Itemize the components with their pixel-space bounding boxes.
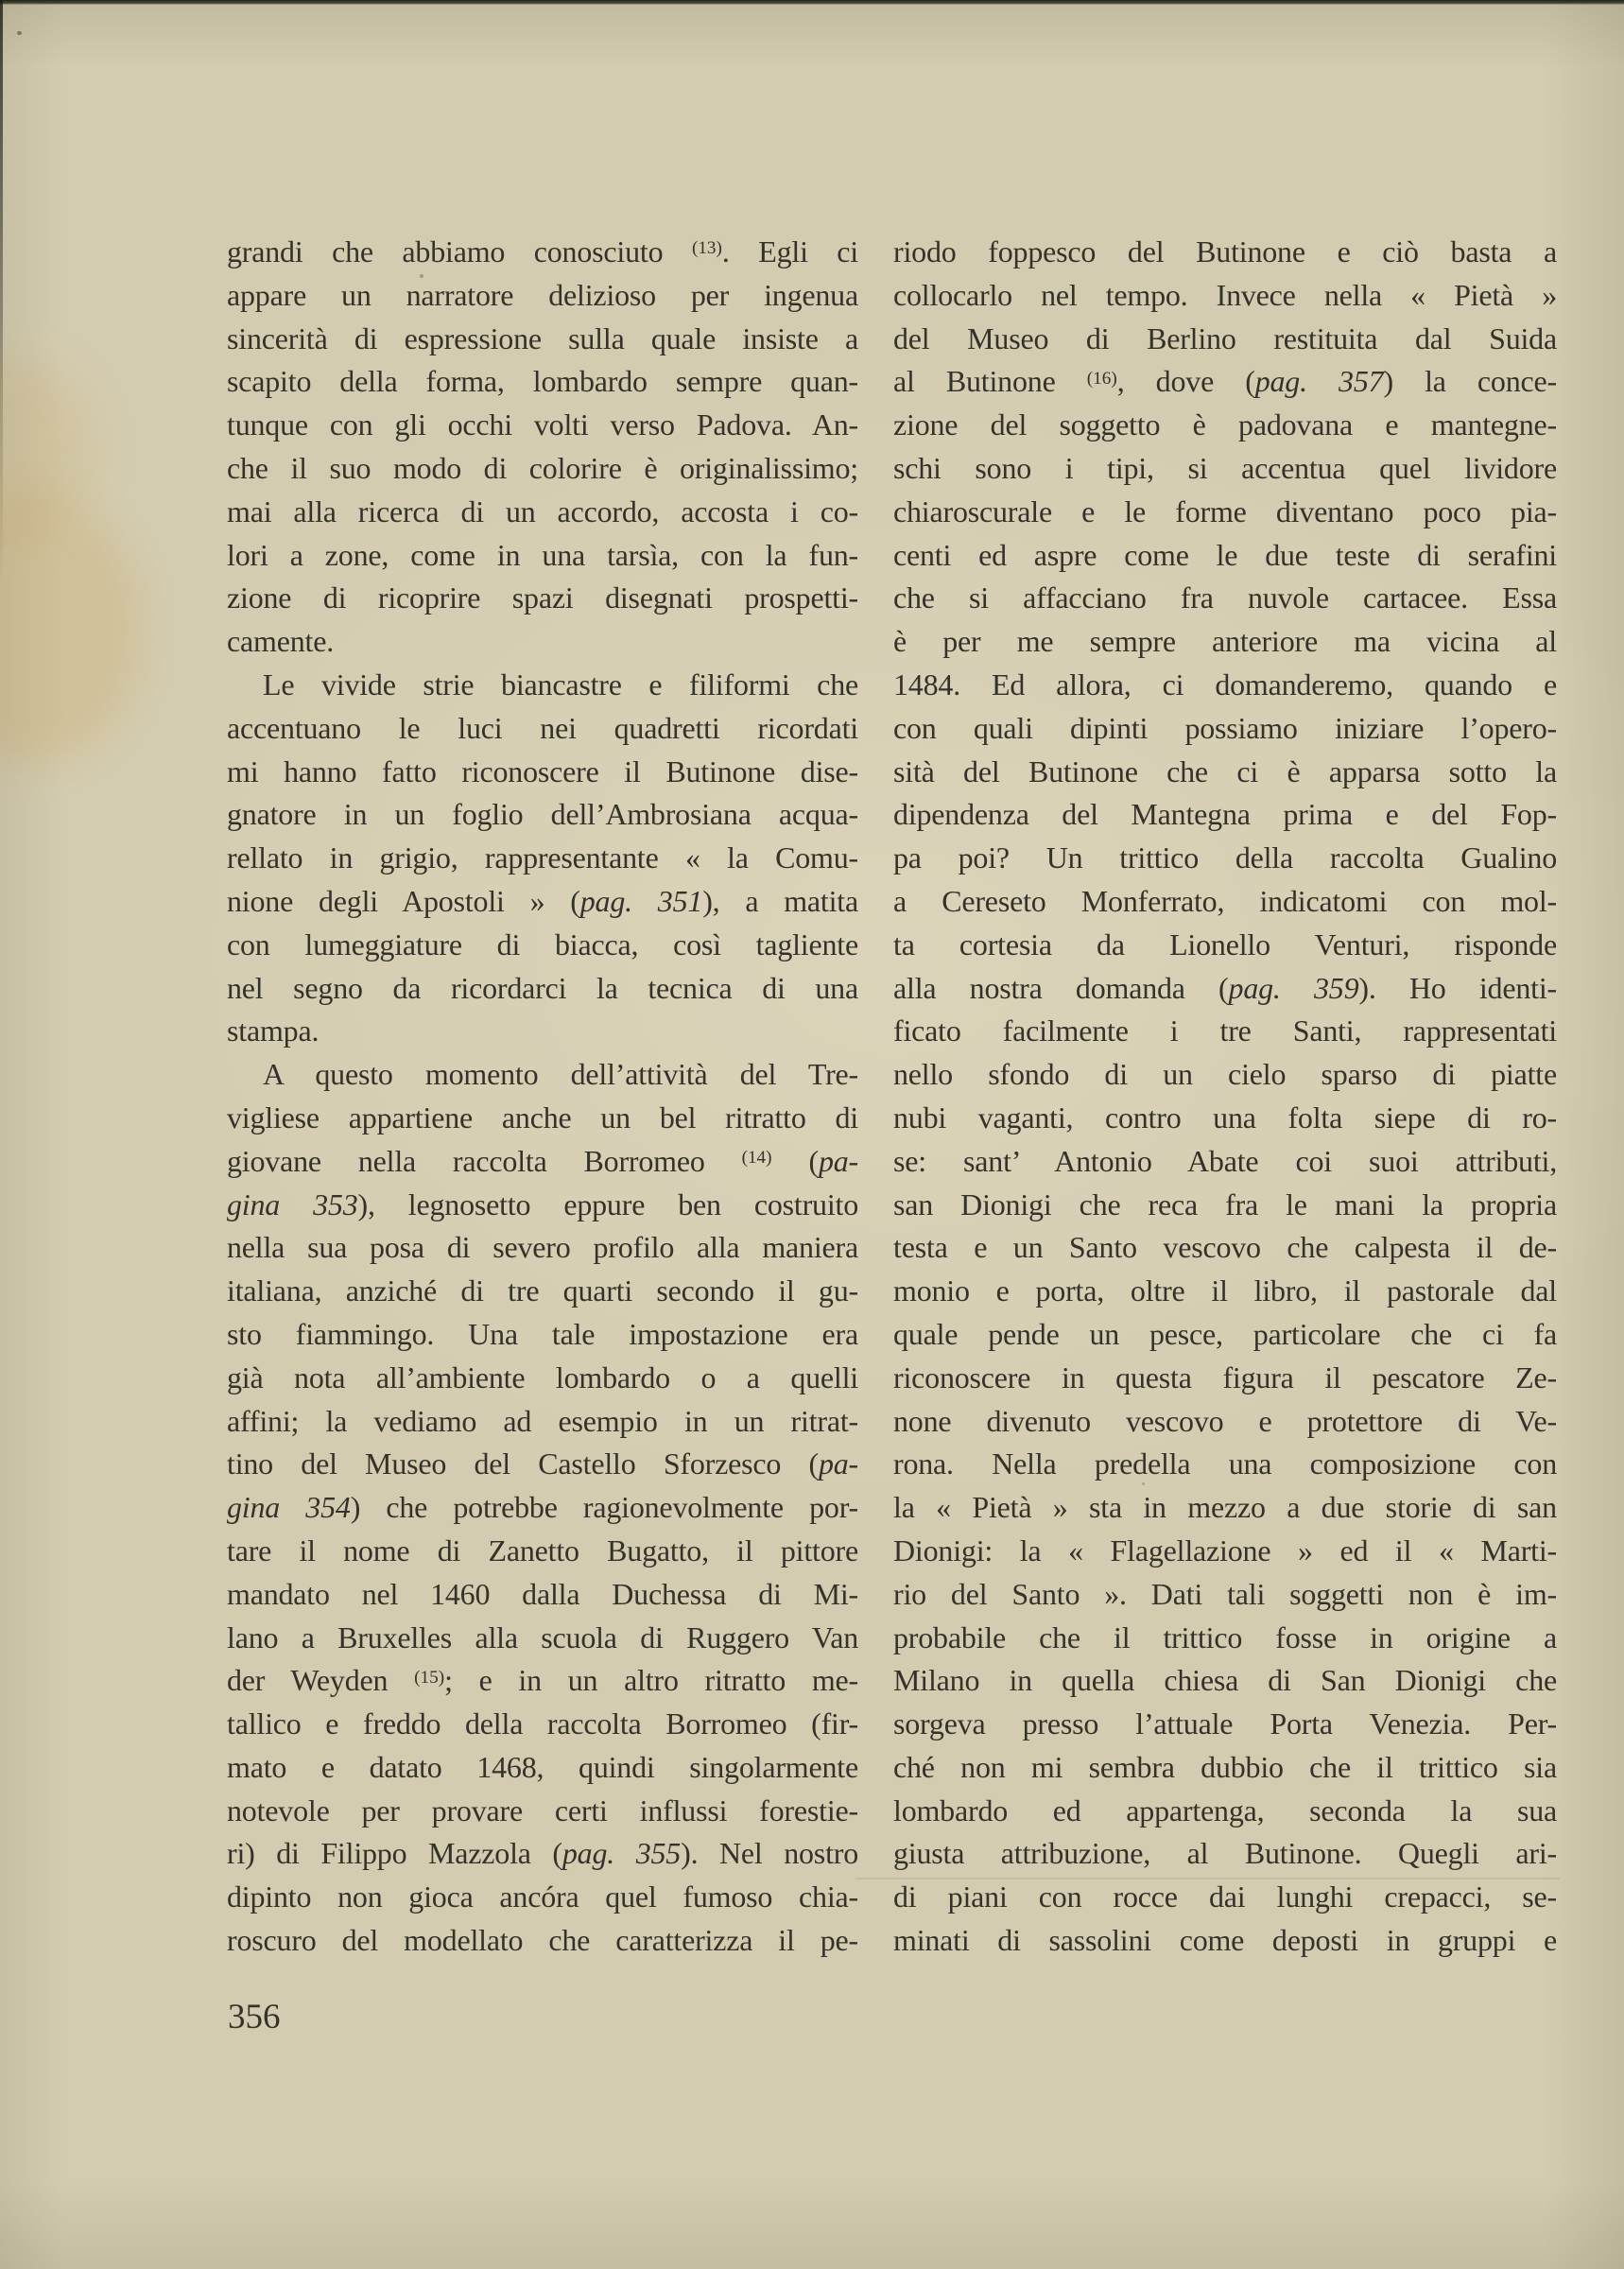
book-page: grandi che abbiamo conosciuto (13). Egli… — [0, 0, 1624, 2269]
italic-text: pag. 351 — [580, 884, 702, 918]
text-line: none divenuto vescovo e protettore di Ve… — [893, 1400, 1557, 1444]
text-line: con lumeggiature di biacca, così taglien… — [227, 924, 858, 967]
text-line: del Museo di Berlino restituita dal Suid… — [893, 318, 1557, 361]
text-line: 1484. Ed allora, ci domanderemo, quando … — [893, 664, 1557, 707]
footnote-ref: (13) — [692, 238, 722, 258]
text-line: che si affacciano fra nuvole cartacee. E… — [893, 577, 1557, 620]
text-line: gina 353), legnosetto eppure ben costrui… — [227, 1184, 858, 1227]
text-line: mai alla ricerca di un accordo, accosta … — [227, 491, 858, 534]
paper-stain — [0, 492, 142, 766]
text-line: giovane nella raccolta Borromeo (14) (pa… — [227, 1140, 858, 1184]
italic-text: pa- — [819, 1446, 858, 1481]
text-line: tunque con gli occhi volti verso Padova.… — [227, 404, 858, 447]
text-line: nubi vaganti, contro una folta siepe di … — [893, 1097, 1557, 1140]
text-line: grandi che abbiamo conosciuto (13). Egli… — [227, 231, 858, 274]
text-line: con quali dipinti possiamo iniziare l’op… — [893, 707, 1557, 751]
text-line: riodo foppesco del Butinone e ciò basta … — [893, 231, 1557, 274]
ink-speck — [17, 31, 22, 35]
text-line: rellato in grigio, rappresentante « la C… — [227, 837, 858, 880]
text-line: al Butinone (16), dove (pag. 357) la con… — [893, 360, 1557, 404]
text-line: appare un narratore delizioso per ingenu… — [227, 274, 858, 318]
text-line: Milano in quella chiesa di San Dionigi c… — [893, 1659, 1557, 1703]
text-line: giusta attribuzione, al Butinone. Quegli… — [893, 1832, 1557, 1876]
text-line: testa e un Santo vescovo che calpesta il… — [893, 1226, 1557, 1270]
text-line: sità del Butinone che ci è apparsa sotto… — [893, 751, 1557, 794]
text-line: zione di ricoprire spazi disegnati prosp… — [227, 577, 858, 620]
text-line: vigliese appartiene anche un bel ritratt… — [227, 1097, 858, 1140]
text-line: di piani con rocce dai lunghi crepacci, … — [893, 1876, 1557, 1919]
text-line: notevole per provare certi influssi fore… — [227, 1790, 858, 1833]
text-line: affini; la vediamo ad esempio in un ritr… — [227, 1400, 858, 1444]
text-line: minati di sassolini come deposti in grup… — [893, 1919, 1557, 1963]
text-line: italiana, anziché di tre quarti secondo … — [227, 1270, 858, 1313]
italic-text: pa- — [819, 1144, 858, 1178]
text-line: ta cortesia da Lionello Venturi, rispond… — [893, 924, 1557, 967]
page-number: 356 — [228, 1997, 281, 2037]
italic-text: gina 353 — [227, 1187, 358, 1221]
scan-top-edge — [0, 0, 1624, 5]
text-line: camente. — [227, 620, 858, 664]
text-line: tallico e freddo della raccolta Borromeo… — [227, 1703, 858, 1746]
italic-text: pag. 357 — [1255, 364, 1384, 398]
text-line: rio del Santo ». Dati tali soggetti non … — [893, 1573, 1557, 1617]
text-line: tino del Museo del Castello Sforzesco (p… — [227, 1443, 858, 1486]
text-line: nella sua posa di severo profilo alla ma… — [227, 1226, 858, 1270]
text-line: mandato nel 1460 dalla Duchessa di Mi- — [227, 1573, 858, 1617]
text-line: nel segno da ricordarci la tecnica di un… — [227, 967, 858, 1011]
text-line: la « Pietà » sta in mezzo a due storie d… — [893, 1486, 1557, 1530]
text-line: A questo momento dell’attività del Tre- — [227, 1053, 858, 1097]
text-line: nello sfondo di un cielo sparso di piatt… — [893, 1053, 1557, 1097]
text-line: Le vivide strie biancastre e filiformi c… — [227, 664, 858, 707]
text-line: ché non mi sembra dubbio che il trittico… — [893, 1746, 1557, 1790]
text-line: san Dionigi che reca fra le mani la prop… — [893, 1184, 1557, 1227]
text-line: monio e porta, oltre il libro, il pastor… — [893, 1270, 1557, 1313]
text-line: è per me sempre anteriore ma vicina al — [893, 620, 1557, 664]
footnote-ref: (14) — [742, 1148, 772, 1168]
text-line: rona. Nella predella una composizione co… — [893, 1443, 1557, 1486]
italic-text: pag. 355 — [562, 1836, 681, 1870]
text-line: lombardo ed appartenga, seconda la sua — [893, 1790, 1557, 1833]
text-line: riconoscere in questa figura il pescator… — [893, 1357, 1557, 1400]
text-line: mato e datato 1468, quindi singolarmente — [227, 1746, 858, 1790]
text-line: probabile che il trittico fosse in origi… — [893, 1617, 1557, 1660]
text-line: alla nostra domanda (pag. 359). Ho ident… — [893, 967, 1557, 1011]
text-line: dipinto non gioca ancóra quel fumoso chi… — [227, 1876, 858, 1919]
text-line: accentuano le luci nei quadretti ricorda… — [227, 707, 858, 751]
text-line: scapito della forma, lombardo sempre qua… — [227, 360, 858, 404]
text-line: zione del soggetto è padovana e mantegne… — [893, 404, 1557, 447]
text-line: lori a zone, come in una tarsìa, con la … — [227, 534, 858, 578]
text-line: che il suo modo di colorire è originalis… — [227, 447, 858, 491]
text-line: Dionigi: la « Flagellazione » ed il « Ma… — [893, 1530, 1557, 1573]
text-line: ficato facilmente i tre Santi, rappresen… — [893, 1010, 1557, 1053]
right-text-column: riodo foppesco del Butinone e ciò basta … — [893, 231, 1557, 1963]
text-line: der Weyden (15); e in un altro ritratto … — [227, 1659, 858, 1703]
text-line: stampa. — [227, 1010, 858, 1053]
text-line: schi sono i tipi, si accentua quel livid… — [893, 447, 1557, 491]
text-line: gnatore in un foglio dell’Ambrosiana acq… — [227, 793, 858, 837]
text-line: centi ed aspre come le due teste di sera… — [893, 534, 1557, 578]
text-line: sorgeva presso l’attuale Porta Venezia. … — [893, 1703, 1557, 1746]
text-line: pa poi? Un trittico della raccolta Guali… — [893, 837, 1557, 880]
italic-text: gina 354 — [227, 1490, 351, 1524]
text-line: gina 354) che potrebbe ragionevolmente p… — [227, 1486, 858, 1530]
text-line: dipendenza del Mantegna prima e del Fop- — [893, 793, 1557, 837]
text-line: già nota all’ambiente lombardo o a quell… — [227, 1357, 858, 1400]
text-line: tare il nome di Zanetto Bugatto, il pitt… — [227, 1530, 858, 1573]
text-line: sincerità di espressione sulla quale ins… — [227, 318, 858, 361]
text-line: roscuro del modellato che caratterizza i… — [227, 1919, 858, 1963]
text-line: se: sant’ Antonio Abate coi suoi attribu… — [893, 1140, 1557, 1184]
text-line: quale pende un pesce, particolare che ci… — [893, 1313, 1557, 1357]
text-line: a Cereseto Monferrato, indicatomi con mo… — [893, 880, 1557, 924]
italic-text: pag. 359 — [1229, 971, 1359, 1005]
left-text-column: grandi che abbiamo conosciuto (13). Egli… — [227, 231, 858, 1963]
text-line: ri) di Filippo Mazzola (pag. 355). Nel n… — [227, 1832, 858, 1876]
footnote-ref: (16) — [1087, 369, 1117, 389]
text-line: sto fiammingo. Una tale impostazione era — [227, 1313, 858, 1357]
text-line: collocarlo nel tempo. Invece nella « Pie… — [893, 274, 1557, 318]
text-line: nione degli Apostoli » (pag. 351), a mat… — [227, 880, 858, 924]
footnote-ref: (15) — [414, 1668, 444, 1688]
text-line: lano a Bruxelles alla scuola di Ruggero … — [227, 1617, 858, 1660]
text-line: chiaroscurale e le forme diventano poco … — [893, 491, 1557, 534]
text-line: mi hanno fatto riconoscere il Butinone d… — [227, 751, 858, 794]
